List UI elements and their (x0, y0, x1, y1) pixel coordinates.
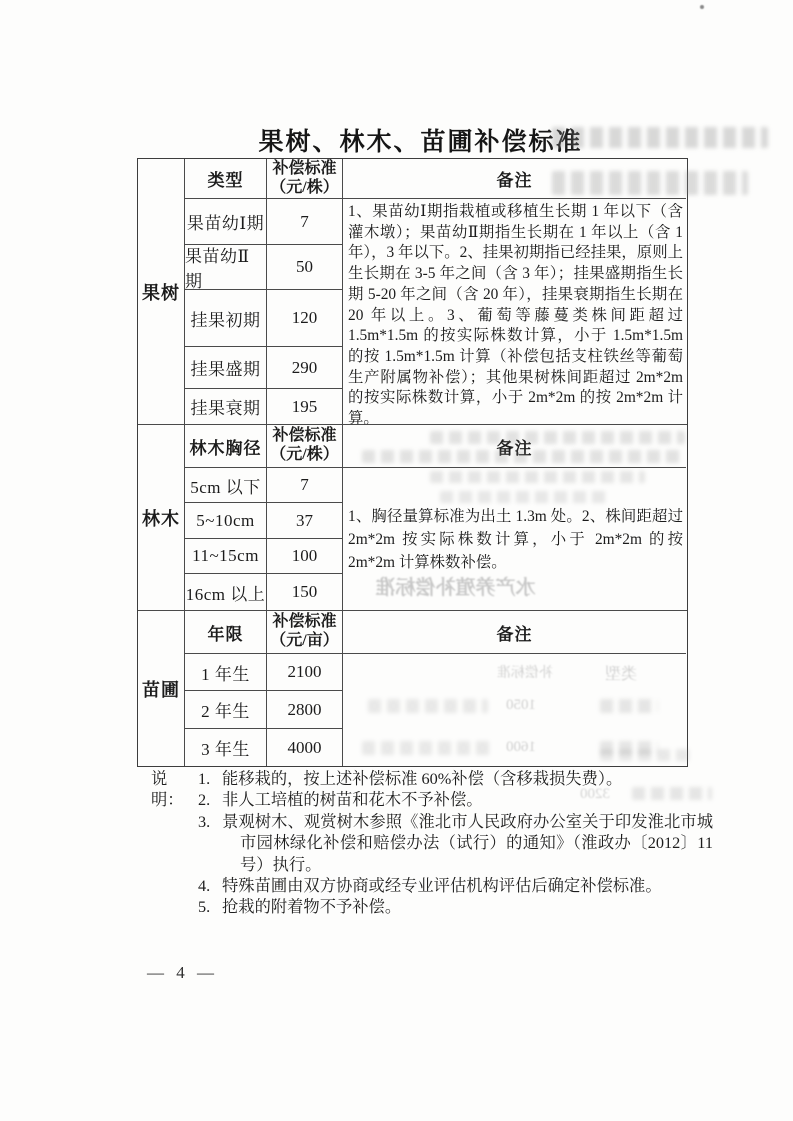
row-value: 150 (267, 574, 343, 610)
col-header-remark: 备注 (343, 159, 686, 199)
row-type: 16cm 以上 (185, 574, 267, 610)
col-header-remark: 备注 (343, 611, 686, 654)
category-cell-wood: 林木 (138, 425, 185, 610)
row-type: 5cm 以下 (185, 468, 267, 503)
notes-label: 说明： (151, 768, 198, 918)
row-value: 2800 (267, 691, 343, 729)
row-type: 挂果盛期 (185, 347, 267, 389)
note-text: 能移栽的，按上述补偿标准 60%补偿（含移栽损失费）。 (222, 769, 622, 788)
standard-header-line2: （元/株） (270, 446, 338, 465)
row-type: 挂果衰期 (185, 389, 267, 424)
notes-block: 说明： 1.能移栽的，按上述补偿标准 60%补偿（含移栽损失费）。 2.非人工培… (151, 768, 713, 918)
remark-text-fruit: 1、果苗幼Ⅰ期指栽植或移植生长期 1 年以下（含灌木墩）；果苗幼Ⅱ期指生长期在 … (348, 202, 683, 424)
row-type: 3 年生 (185, 729, 267, 766)
page-title: 果树、林木、苗圃补偿标准 (0, 122, 793, 158)
col-header-standard: 补偿标准 （元/株） (267, 425, 343, 468)
table-section-fruit: 果树 类型 补偿标准 （元/株） 备注 果苗幼Ⅰ期 7 果苗幼Ⅱ期 50 挂果初… (138, 159, 687, 424)
remark-cell-fruit: 1、果苗幼Ⅰ期指栽植或移植生长期 1 年以下（含灌木墩）；果苗幼Ⅱ期指生长期在 … (343, 199, 686, 424)
row-value: 2100 (267, 654, 343, 691)
row-type: 1 年生 (185, 654, 267, 691)
note-text: 抢栽的附着物不予补偿。 (222, 897, 401, 916)
row-value: 7 (267, 199, 343, 245)
note-number: 2. (198, 789, 222, 810)
notes-list: 1.能移栽的，按上述补偿标准 60%补偿（含移栽损失费）。 2.非人工培植的树苗… (198, 768, 713, 918)
compensation-table: 果树 类型 补偿标准 （元/株） 备注 果苗幼Ⅰ期 7 果苗幼Ⅱ期 50 挂果初… (137, 158, 688, 767)
col-header-type: 类型 (185, 159, 267, 199)
row-value: 195 (267, 389, 343, 424)
row-type: 2 年生 (185, 691, 267, 729)
col-header-standard: 补偿标准 （元/亩） (267, 611, 343, 654)
note-text: 非人工培植的树苗和花木不予补偿。 (222, 790, 483, 809)
note-number: 4. (198, 875, 222, 896)
note-number: 5. (198, 896, 222, 917)
note-number: 1. (198, 768, 222, 789)
standard-header-line2: （元/株） (270, 179, 338, 198)
category-cell-nursery: 苗圃 (138, 611, 185, 766)
category-cell-fruit: 果树 (138, 159, 185, 424)
row-type: 果苗幼Ⅰ期 (185, 199, 267, 245)
standard-header-line1: 补偿标准 (272, 160, 336, 179)
page-number: — 4 — (147, 963, 218, 983)
row-type: 挂果初期 (185, 290, 267, 347)
col-header-type: 年限 (185, 611, 267, 654)
table-section-wood: 林木 林木胸径 补偿标准 （元/株） 备注 5cm 以下 7 5~10cm 37… (138, 424, 687, 610)
row-value: 100 (267, 539, 343, 574)
note-item: 3.景观树木、观赏树木参照《淮北市人民政府办公室关于印发淮北市城市园林绿化补偿和… (198, 811, 713, 875)
note-text: 特殊苗圃由双方协商或经专业评估机构评估后确定补偿标准。 (222, 876, 662, 895)
standard-header-line2: （元/亩） (270, 632, 338, 651)
standard-header-line1: 补偿标准 (272, 613, 336, 632)
scan-speck (700, 5, 704, 9)
row-value: 120 (267, 290, 343, 347)
note-item: 2.非人工培植的树苗和花木不予补偿。 (198, 789, 713, 810)
col-header-remark: 备注 (343, 425, 686, 468)
row-value: 4000 (267, 729, 343, 766)
row-value: 37 (267, 503, 343, 539)
standard-header-line1: 补偿标准 (272, 427, 336, 446)
table-section-nursery: 苗圃 年限 补偿标准 （元/亩） 备注 1 年生 2100 2 年生 2800 … (138, 610, 687, 766)
row-value: 50 (267, 245, 343, 290)
row-value: 290 (267, 347, 343, 389)
note-number: 3. (198, 811, 222, 832)
note-item: 5.抢栽的附着物不予补偿。 (198, 896, 713, 917)
note-item: 1.能移栽的，按上述补偿标准 60%补偿（含移栽损失费）。 (198, 768, 713, 789)
note-item: 4.特殊苗圃由双方协商或经专业评估机构评估后确定补偿标准。 (198, 875, 713, 896)
row-type: 果苗幼Ⅱ期 (185, 245, 267, 290)
scanned-document-page: 果树、林木、苗圃补偿标准 果树 类型 补偿标准 （元/株） 备注 果苗幼Ⅰ期 7… (0, 0, 793, 1121)
row-type: 5~10cm (185, 503, 267, 539)
remark-cell-wood: 1、胸径量算标准为出土 1.3m 处。2、株间距超过 2m*2m 按实际株数计算… (343, 468, 686, 610)
row-value: 7 (267, 468, 343, 503)
col-header-type: 林木胸径 (185, 425, 267, 468)
note-text: 景观树木、观赏树木参照《淮北市人民政府办公室关于印发淮北市城市园林绿化补偿和赔偿… (222, 812, 713, 874)
remark-cell-nursery (343, 654, 686, 766)
remark-text-wood: 1、胸径量算标准为出土 1.3m 处。2、株间距超过 2m*2m 按实际株数计算… (348, 505, 683, 574)
col-header-standard: 补偿标准 （元/株） (267, 159, 343, 199)
row-type: 11~15cm (185, 539, 267, 574)
